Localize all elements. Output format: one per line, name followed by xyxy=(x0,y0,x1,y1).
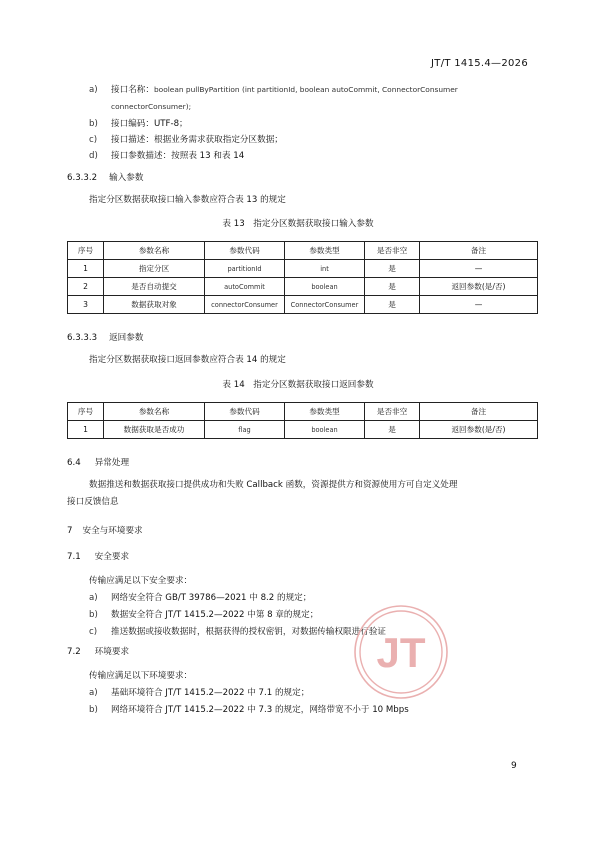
section-heading-6333: 6.3.3.3返回参数 xyxy=(67,332,143,344)
item-text: 按照表 13 和表 14 xyxy=(171,151,244,161)
cell-param-type: boolean xyxy=(285,421,365,439)
cell-param-name: 是否自动提交 xyxy=(104,278,205,296)
section-heading-71: 7.1安全要求 xyxy=(67,551,129,563)
cell-param-type: ConnectorConsumer xyxy=(285,296,365,314)
cell-remark: 返回参数(是/否) xyxy=(420,421,538,439)
item-text: 根据业务需求获取指定分区数据； xyxy=(154,135,283,145)
cell-param-code: connectorConsumer xyxy=(205,296,285,314)
watermark-text: JT xyxy=(376,629,425,676)
cell-param-name: 数据获取对象 xyxy=(104,296,205,314)
cell-remark: 返回参数(是/否) xyxy=(420,278,538,296)
list-item-interface-params: d) 接口参数描述：按照表 13 和表 14 xyxy=(89,150,539,162)
table-row: 3 数据获取对象 connectorConsumer ConnectorCons… xyxy=(68,296,538,314)
section-number: 7.1 xyxy=(67,552,81,562)
col-header-param-type: 参数类型 xyxy=(285,242,365,260)
item-text: 数据安全符合 JT/T 1415.2—2022 中第 8 章的规定； xyxy=(111,609,318,621)
list-item-environment-b: b) 网络环境符合 JT/T 1415.2—2022 中 7.3 的规定，网络带… xyxy=(89,704,539,716)
interface-name-continuation: connectorConsumer); xyxy=(111,101,191,113)
table-row: 2 是否自动提交 autoCommit boolean 是 返回参数(是/否) xyxy=(68,278,538,296)
intro-71: 传输应满足以下安全要求： xyxy=(89,575,192,587)
list-marker: c) xyxy=(89,134,111,146)
paragraph-64-line2: 接口反馈信息 xyxy=(67,496,119,508)
jt-watermark-seal-icon: JT xyxy=(353,604,449,700)
section-title: 输入参数 xyxy=(109,173,143,183)
section-heading-64: 6.4异常处理 xyxy=(67,457,129,469)
list-item-security-b: b) 数据安全符合 JT/T 1415.2—2022 中第 8 章的规定； xyxy=(89,609,539,621)
table-header-row: 序号 参数名称 参数代码 参数类型 是否非空 备注 xyxy=(68,242,538,260)
section-number: 6.3.3.3 xyxy=(67,333,97,343)
list-marker: a) xyxy=(89,592,111,604)
list-item-interface-name: a) 接口名称：boolean pullByPartition (int par… xyxy=(89,84,539,96)
col-header-remark: 备注 xyxy=(420,403,538,421)
cell-required: 是 xyxy=(365,260,420,278)
table-14-caption: 表 14 指定分区数据获取接口返回参数 xyxy=(0,378,596,390)
paragraph-64-line1: 数据推送和数据获取接口提供成功和失败 Callback 函数，资源提供方和资源使… xyxy=(89,479,458,491)
cell-index: 3 xyxy=(68,296,104,314)
list-marker: b) xyxy=(89,704,111,716)
cell-param-name: 数据获取是否成功 xyxy=(104,421,205,439)
cell-param-code: flag xyxy=(205,421,285,439)
paragraph-6333: 指定分区数据获取接口返回参数应符合表 14 的规定 xyxy=(89,354,286,366)
col-header-param-name: 参数名称 xyxy=(104,242,205,260)
list-item-environment-a: a) 基础环境符合 JT/T 1415.2—2022 中 7.1 的规定； xyxy=(89,687,539,699)
section-number: 7 xyxy=(67,526,72,536)
list-item-security-a: a) 网络安全符合 GB/T 39786—2021 中 8.2 的规定； xyxy=(89,592,539,604)
cell-param-name: 指定分区 xyxy=(104,260,205,278)
section-title: 安全要求 xyxy=(95,552,129,562)
col-header-param-code: 参数代码 xyxy=(205,403,285,421)
section-title: 异常处理 xyxy=(95,458,129,468)
list-item-security-c: c) 推送数据或接收数据时，根据获得的授权密钥，对数据传输权限进行验证 xyxy=(89,626,539,638)
cell-index: 1 xyxy=(68,260,104,278)
item-text: UTF-8； xyxy=(154,119,188,129)
item-text: boolean pullByPartition (int partitionId… xyxy=(154,85,458,94)
col-header-remark: 备注 xyxy=(420,242,538,260)
list-marker: a) xyxy=(89,687,111,699)
list-marker: c) xyxy=(89,626,111,638)
standard-code-header: JT/T 1415.4—2026 xyxy=(431,58,528,69)
cell-param-code: autoCommit xyxy=(205,278,285,296)
section-heading-7: 7安全与环境要求 xyxy=(67,525,143,537)
col-header-param-type: 参数类型 xyxy=(285,403,365,421)
item-label: 接口编码： xyxy=(111,119,154,129)
item-text: 推送数据或接收数据时，根据获得的授权密钥，对数据传输权限进行验证 xyxy=(111,626,386,638)
intro-72: 传输应满足以下环境要求： xyxy=(89,670,192,682)
page-number: 9 xyxy=(511,761,517,771)
cell-remark: — xyxy=(420,296,538,314)
item-label: 接口参数描述： xyxy=(111,151,171,161)
list-marker: b) xyxy=(89,609,111,621)
table-row: 1 数据获取是否成功 flag boolean 是 返回参数(是/否) xyxy=(68,421,538,439)
item-text: 网络环境符合 JT/T 1415.2—2022 中 7.3 的规定，网络带宽不小… xyxy=(111,704,409,716)
cell-param-type: int xyxy=(285,260,365,278)
col-header-index: 序号 xyxy=(68,242,104,260)
col-header-param-code: 参数代码 xyxy=(205,242,285,260)
table-14-return-params: 序号 参数名称 参数代码 参数类型 是否非空 备注 1 数据获取是否成功 fla… xyxy=(67,402,538,439)
item-text: 网络安全符合 GB/T 39786—2021 中 8.2 的规定； xyxy=(111,592,311,604)
cell-required: 是 xyxy=(365,296,420,314)
col-header-required: 是否非空 xyxy=(365,242,420,260)
item-label: 接口名称： xyxy=(111,85,154,95)
list-item-interface-description: c) 接口描述：根据业务需求获取指定分区数据； xyxy=(89,134,539,146)
section-title: 安全与环境要求 xyxy=(82,526,142,536)
cell-required: 是 xyxy=(365,421,420,439)
section-title: 返回参数 xyxy=(109,333,143,343)
section-number: 7.2 xyxy=(67,647,81,657)
cell-required: 是 xyxy=(365,278,420,296)
cell-remark: — xyxy=(420,260,538,278)
table-header-row: 序号 参数名称 参数代码 参数类型 是否非空 备注 xyxy=(68,403,538,421)
col-header-index: 序号 xyxy=(68,403,104,421)
col-header-required: 是否非空 xyxy=(365,403,420,421)
section-title: 环境要求 xyxy=(95,647,129,657)
list-marker: a) xyxy=(89,84,111,96)
item-text: 基础环境符合 JT/T 1415.2—2022 中 7.1 的规定； xyxy=(111,687,309,699)
col-header-param-name: 参数名称 xyxy=(104,403,205,421)
section-heading-6332: 6.3.3.2输入参数 xyxy=(67,172,143,184)
list-item-interface-encoding: b) 接口编码：UTF-8； xyxy=(89,118,539,130)
table-13-caption: 表 13 指定分区数据获取接口输入参数 xyxy=(0,217,596,229)
list-marker: d) xyxy=(89,150,111,162)
section-number: 6.3.3.2 xyxy=(67,173,97,183)
table-13-input-params: 序号 参数名称 参数代码 参数类型 是否非空 备注 1 指定分区 partiti… xyxy=(67,241,538,314)
cell-index: 1 xyxy=(68,421,104,439)
cell-index: 2 xyxy=(68,278,104,296)
cell-param-code: partitionId xyxy=(205,260,285,278)
item-label: 接口描述： xyxy=(111,135,154,145)
section-number: 6.4 xyxy=(67,458,81,468)
table-row: 1 指定分区 partitionId int 是 — xyxy=(68,260,538,278)
paragraph-6332: 指定分区数据获取接口输入参数应符合表 13 的规定 xyxy=(89,194,286,206)
cell-param-type: boolean xyxy=(285,278,365,296)
section-heading-72: 7.2环境要求 xyxy=(67,646,129,658)
list-marker: b) xyxy=(89,118,111,130)
